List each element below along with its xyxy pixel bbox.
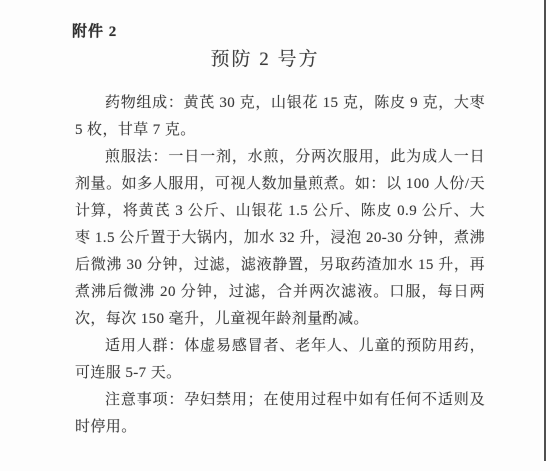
paragraph-precautions: 注意事项：孕妇禁用；在使用过程中如有任何不适则及时停用。 bbox=[75, 387, 485, 441]
attachment-label: 附件 2 bbox=[72, 20, 117, 41]
scanned-document-page: 附件 2 预防 2 号方 药物组成：黄芪 30 克，山银花 15 克，陈皮 9 … bbox=[0, 0, 550, 471]
paragraph-drug-composition: 药物组成：黄芪 30 克，山银花 15 克，陈皮 9 克，大枣 5 枚，甘草 7… bbox=[75, 90, 485, 144]
document-body: 药物组成：黄芪 30 克，山银花 15 克，陈皮 9 克，大枣 5 枚，甘草 7… bbox=[75, 90, 485, 441]
paragraph-decoction-method: 煎服法：一日一剂，水煎，分两次服用，此为成人一日剂量。如多人服用，可视人数加量煎… bbox=[75, 144, 485, 333]
document-title: 预防 2 号方 bbox=[60, 44, 470, 71]
scan-edge-line bbox=[544, 0, 546, 461]
paragraph-applicable-population: 适用人群：体虚易感冒者、老年人、儿童的预防用药，可连服 5-7 天。 bbox=[75, 333, 485, 387]
